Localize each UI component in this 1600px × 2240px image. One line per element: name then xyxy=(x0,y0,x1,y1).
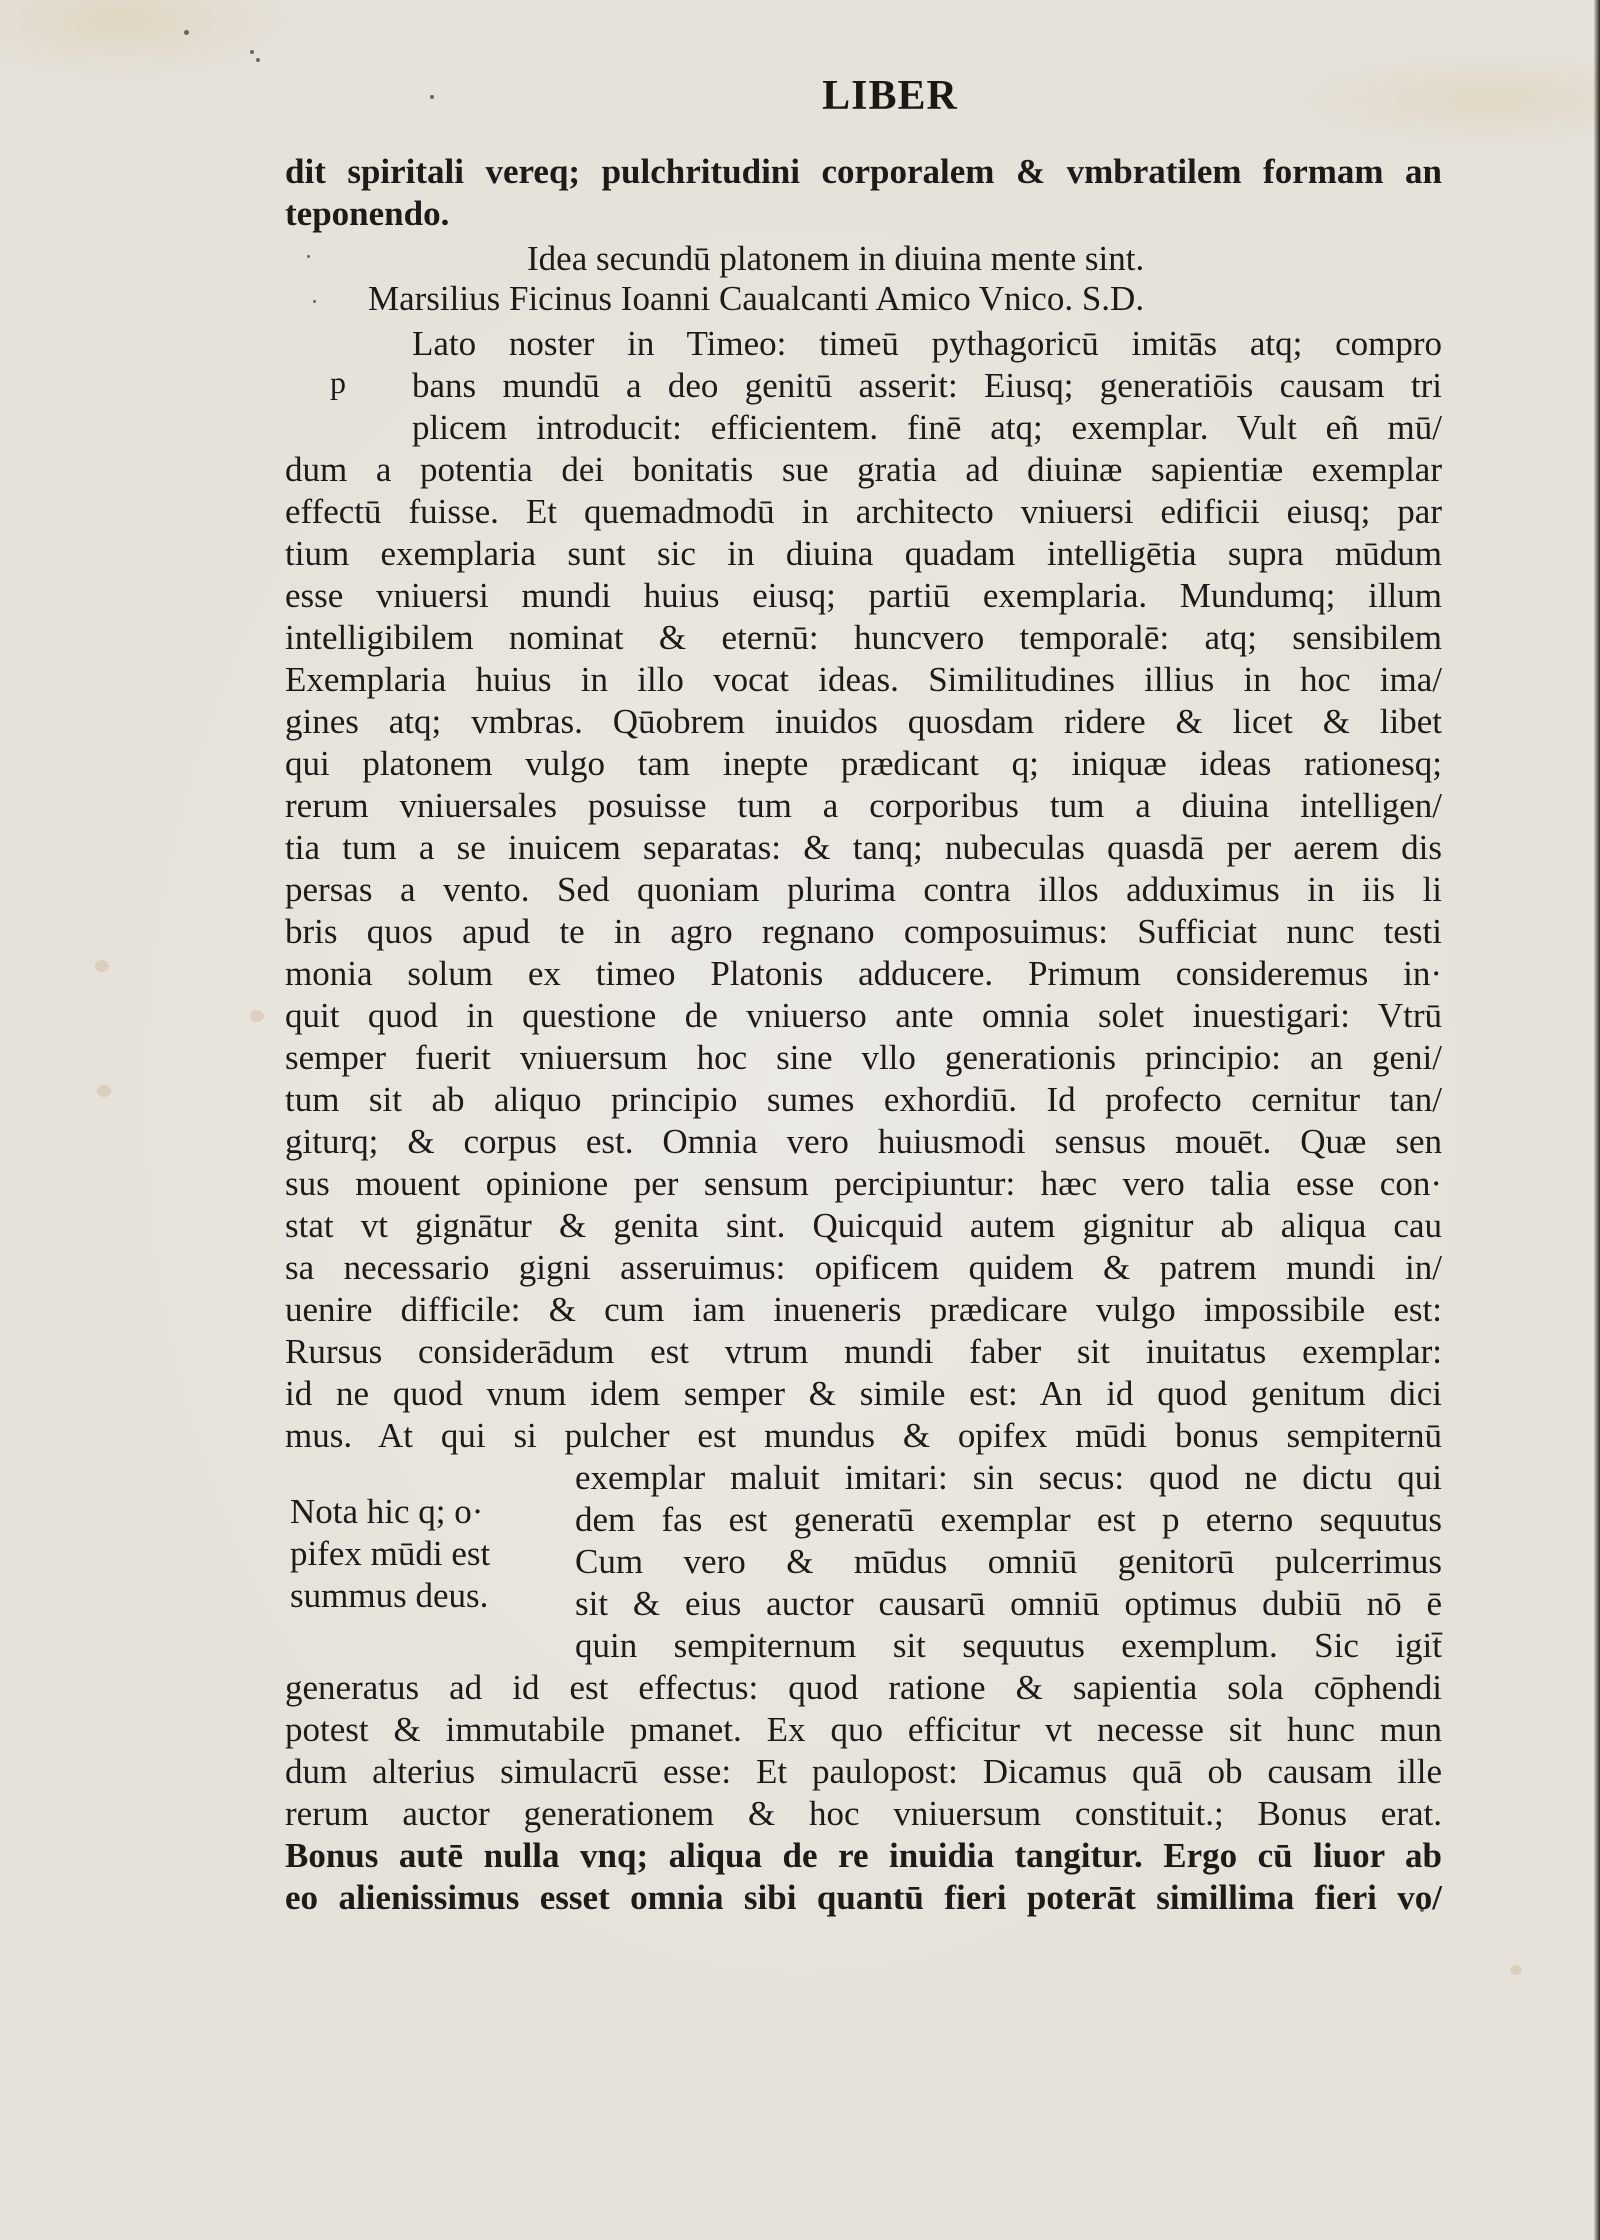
text-line: teponendo. xyxy=(285,193,1442,235)
text-line: bans mundū a deo genitū asserit: Eiusq; … xyxy=(412,365,1442,407)
text-line: effectū fuisse. Et quemadmodū in archite… xyxy=(285,491,1442,533)
text-line: mus. At qui si pulcher est mundus & opif… xyxy=(285,1415,1442,1457)
text-line: bris quos apud te in agro regnano compos… xyxy=(285,911,1442,953)
text-line: Rursus considerādum est vtrum mundi fabe… xyxy=(285,1331,1442,1373)
chapter-heading: Idea secundū platonem in diuina mente si… xyxy=(527,238,1267,280)
text-line: eo alienissimus esset omnia sibi quantū … xyxy=(285,1877,1442,1919)
text-line: gines atq; vmbras. Qūobrem inuidos quosd… xyxy=(285,701,1442,743)
text-line: dem fas est generatū exemplar est p eter… xyxy=(575,1499,1442,1541)
initial-guide-letter: p xyxy=(330,364,346,401)
text-line: quit quod in questione de vniuerso ante … xyxy=(285,995,1442,1037)
running-head: LIBER xyxy=(0,72,1600,120)
text-line: sus mouent opinione per sensum percipiun… xyxy=(285,1163,1442,1205)
text-line: sit & eius auctor causarū omniū optimus … xyxy=(575,1583,1442,1625)
text-line: Exemplaria huius in illo vocat ideas. Si… xyxy=(285,659,1442,701)
text-line: dum alterius simulacrū esse: Et paulopos… xyxy=(285,1751,1442,1793)
ink-speck xyxy=(250,50,254,54)
text-line: dum a potentia dei bonitatis sue gratia … xyxy=(285,449,1442,491)
text-line: tium exemplaria sunt sic in diuina quada… xyxy=(285,533,1442,575)
text-line: semper fuerit vniuersum hoc sine vllo ge… xyxy=(285,1037,1442,1079)
ink-speck xyxy=(307,255,310,258)
marginal-note-line: Nota hic q; o· xyxy=(290,1491,483,1533)
text-line: sa necessario gigni asseruimus: opificem… xyxy=(285,1247,1442,1289)
foxing-spot xyxy=(97,1085,111,1097)
text-line: exemplar maluit imitari: sin secus: quod… xyxy=(575,1457,1442,1499)
ink-speck xyxy=(184,30,189,35)
text-line: dit spiritali vereq; pulchritudini corpo… xyxy=(285,151,1442,193)
text-line: rerum vniuersales posuisse tum a corpori… xyxy=(285,785,1442,827)
text-line: qui platonem vulgo tam inepte prædicant … xyxy=(285,743,1442,785)
text-line: quin sempiternum sit sequutus exemplum. … xyxy=(575,1625,1442,1667)
text-line: monia solum ex timeo Platonis adducere. … xyxy=(285,953,1442,995)
text-line: esse vniuersi mundi huius eiusq; partiū … xyxy=(285,575,1442,617)
text-line: persas a vento. Sed quoniam plurima cont… xyxy=(285,869,1442,911)
salutation: Marsilius Ficinus Ioanni Caualcanti Amic… xyxy=(368,278,1358,320)
text-line: tum sit ab aliquo principio sumes exhord… xyxy=(285,1079,1442,1121)
text-line: Bonus autē nulla vnq; aliqua de re inuid… xyxy=(285,1835,1442,1877)
foxing-spot xyxy=(1510,1965,1522,1975)
ink-speck xyxy=(313,300,316,303)
text-line: giturq; & corpus est. Omnia vero huiusmo… xyxy=(285,1121,1442,1163)
marginal-note-line: pifex mūdi est xyxy=(290,1533,490,1575)
ink-speck xyxy=(256,58,260,62)
text-line: rerum auctor generationem & hoc vniuersu… xyxy=(285,1793,1442,1835)
text-line: plicem introducit: efficientem. finē atq… xyxy=(412,407,1442,449)
page-edge-shadow xyxy=(1594,0,1600,2240)
text-line: intelligibilem nominat & eternū: huncver… xyxy=(285,617,1442,659)
text-line: tia tum a se inuicem separatas: & tanq; … xyxy=(285,827,1442,869)
text-line: id ne quod vnum idem semper & simile est… xyxy=(285,1373,1442,1415)
marginal-note-line: summus deus. xyxy=(290,1575,488,1617)
text-line: stat vt gignātur & genita sint. Quicquid… xyxy=(285,1205,1442,1247)
text-line: potest & immutabile pmanet. Ex quo effic… xyxy=(285,1709,1442,1751)
book-page: LIBER dit spiritali vereq; pulchritudini… xyxy=(0,0,1600,2240)
text-line: uenire difficile: & cum iam inueneris pr… xyxy=(285,1289,1442,1331)
text-line: Lato noster in Timeo: timeū pythagoricū … xyxy=(412,323,1442,365)
foxing-spot xyxy=(250,1010,264,1022)
text-line: Cum vero & mūdus omniū genitorū pulcerri… xyxy=(575,1541,1442,1583)
text-line: generatus ad id est effectus: quod ratio… xyxy=(285,1667,1442,1709)
foxing-spot xyxy=(95,960,109,972)
